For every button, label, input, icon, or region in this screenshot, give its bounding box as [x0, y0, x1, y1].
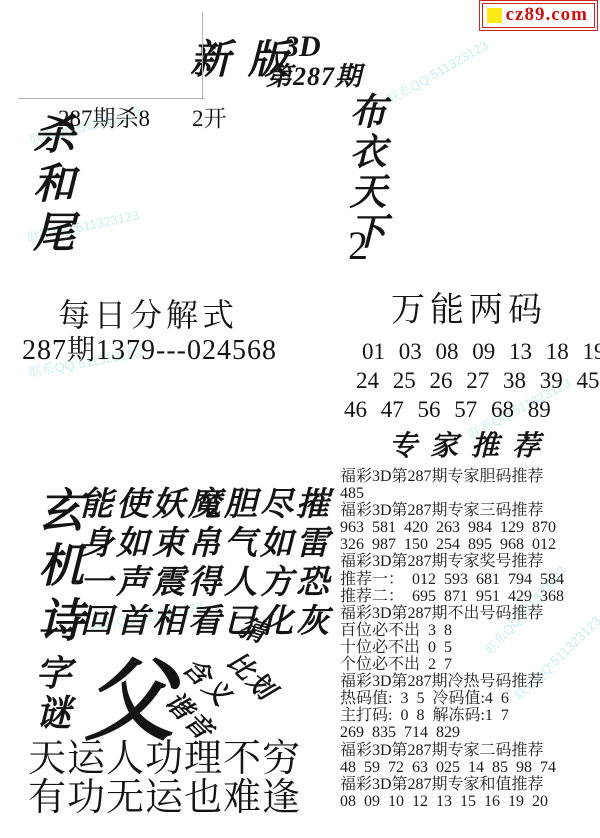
expert-title: 专家推荐 [340, 424, 600, 464]
poem-line: 一声震得人方恐 [80, 564, 332, 603]
expert-line: 福彩3D第287期冷热号码推荐 [340, 673, 600, 690]
expert-line: 48 59 72 63 025 14 85 98 74 [340, 759, 600, 776]
expert-line: 福彩3D第287期专家和值推荐 [340, 776, 600, 793]
motto-line-2: 有功无运也难逢 [28, 779, 301, 818]
expert-line: 推荐二： 695 871 951 429 368 [340, 588, 600, 605]
motto-line-1: 天运人功理不穷 [28, 740, 301, 779]
site-badge[interactable]: cz89.com [482, 3, 595, 28]
expert-line: 福彩3D第287期专家三码推荐 [340, 502, 600, 519]
kill-open-value: 2开 [192, 106, 227, 131]
two-codes-rows: 01 03 08 09 13 18 19?24 25 26 27 38 39 4… [340, 337, 598, 424]
expert-line: 推荐一： 012 593 681 794 584 [340, 571, 600, 588]
expert-line: 福彩3D第287期不出号码推荐 [340, 605, 600, 622]
lottery-sheet: 联系QQ:511323123 联系QQ:511323123 联系QQ:51132… [0, 0, 600, 838]
expert-line: 个位必不出 2 7 [340, 656, 600, 673]
site-url: cz89.com [506, 4, 588, 26]
bottom-motto: 天运人功理不穷 有功无运也难逢 [28, 740, 301, 818]
expert-line: 485 [340, 485, 600, 502]
expert-line: 福彩3D第287期专家二码推荐 [340, 742, 600, 759]
expert-line: 主打码: 0 8 解冻码:1 7 [340, 707, 600, 724]
expert-line: 福彩3D第287期专家奖号推荐 [340, 553, 600, 570]
expert-line: 热码值: 3 5 冷码值:4 6 [340, 690, 600, 707]
buyi-number: 2 [348, 222, 368, 269]
expert-line: 08 09 10 12 13 15 16 19 20 [340, 793, 600, 810]
poem-line: 能使妖魔胆尽摧 [80, 486, 332, 525]
table-border-vertical [202, 12, 203, 98]
poem-line: 身如束帛气如雷 [80, 525, 332, 564]
watermark-text: 联系QQ:511323123 [383, 35, 491, 108]
two-codes-row: 46 47 56 57 68 89 [340, 395, 598, 424]
mystery-poem-lines: 能使妖魔胆尽摧身如束帛气如雷一声震得人方恐回首相看已化灰 [80, 486, 332, 642]
two-codes-row: 01 03 08 09 13 18 19? [340, 337, 598, 366]
two-codes-row: 24 25 26 27 38 39 45? [340, 366, 598, 395]
kill-sum-tail-title: 杀和尾 [20, 112, 80, 259]
expert-line: 963 581 420 263 984 129 870 [340, 519, 600, 536]
yellow-square-icon [487, 8, 502, 23]
one-char-riddle-title: 一字谜 [26, 614, 77, 734]
kill-number-line: 287期杀82开 [58, 100, 227, 133]
expert-line: 326 987 150 254 895 968 012 [340, 536, 600, 553]
expert-line: 百位必不出 3 8 [340, 622, 600, 639]
daily-decomposition-line: 287期1379---024568 [22, 328, 277, 368]
expert-line: 269 835 714 829 [340, 724, 600, 741]
expert-line: 福彩3D第287期专家胆码推荐 [340, 468, 600, 485]
universal-two-codes-section: 万能两码 01 03 08 09 13 18 19?24 25 26 27 38… [340, 282, 598, 424]
expert-lines: 福彩3D第287期专家胆码推荐485福彩3D第287期专家三码推荐963 581… [340, 468, 600, 810]
table-border-horizontal [18, 98, 205, 99]
two-codes-title: 万能两码 [340, 282, 598, 331]
sheet-issue-number: 第287期 [266, 56, 362, 93]
expert-line: 十位必不出 0 5 [340, 639, 600, 656]
expert-recommendation-section: 专家推荐 福彩3D第287期专家胆码推荐485福彩3D第287期专家三码推荐96… [340, 424, 600, 810]
